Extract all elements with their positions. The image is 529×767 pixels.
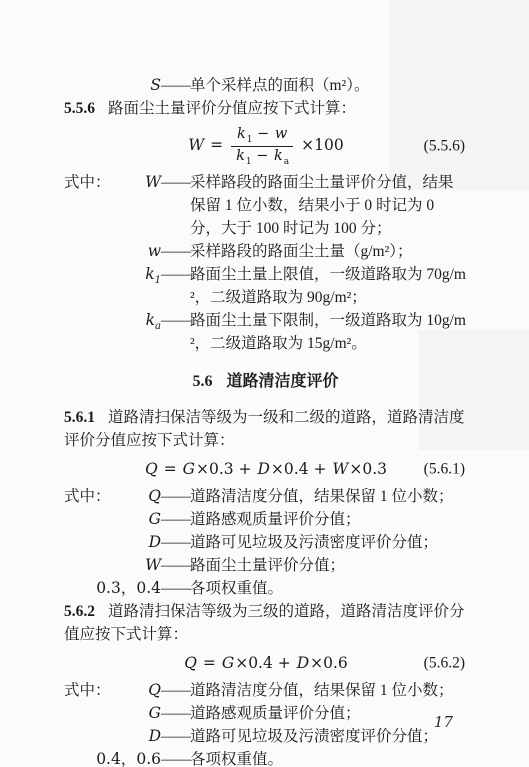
equation-number: (5.6.2) <box>424 652 465 675</box>
symbol-W: W <box>145 171 161 194</box>
definition-row: w —— 采样路段的路面尘土量（g/m²）； <box>64 240 467 263</box>
clause-5-5-6: 5.5.6路面尘土量评价分值应按下式计算： <box>64 97 467 120</box>
em-dash: —— <box>161 74 190 97</box>
clause-number: 5.5.6 <box>64 100 95 117</box>
where-list-5-6-2: 式中：Q —— 道路清洁度分值，结果保留 1 位小数； G —— 道路感观质量评… <box>64 679 467 767</box>
clause-5-6-2: 5.6.2道路清扫保洁等级为三级的道路，道路清洁度评价分值应按下式计算： <box>64 600 467 646</box>
definition-row: 式中：W —— 采样路段的路面尘土量评价分值，结果保留 1 位小数，结果小于 0… <box>64 171 467 240</box>
formula-5-6-1: Q = G×0.3 + D×0.4 + W×0.3 (5.6.1) <box>64 458 467 481</box>
definition-row: k1 —— 路面尘土量上限值，一级道路取为 70g/m²，二级道路取为 90g/… <box>64 263 467 309</box>
where-prefix: 式中： <box>64 485 111 508</box>
formula-5-6-2: Q = G×0.4 + D×0.6 (5.6.2) <box>64 652 467 675</box>
definition-text: 单个采样点的面积（m²）。 <box>190 74 467 97</box>
clause-5-6-1: 5.6.1道路清扫保洁等级为一级和二级的道路，道路清洁度评价分值应按下式计算： <box>64 406 467 452</box>
section-title: 道路清洁度评价 <box>226 373 338 390</box>
clause-number: 5.6.1 <box>64 409 95 426</box>
symbol-D: D <box>149 531 161 554</box>
definition-row: W —— 路面尘土量评价分值； <box>64 554 467 577</box>
symbol-ka: ka <box>146 309 161 332</box>
weights-values: 0.4，0.6 <box>96 748 161 767</box>
symbol-G: G <box>149 508 161 531</box>
where-prefix: 式中： <box>64 679 111 702</box>
times-sign: × <box>301 136 314 154</box>
section-heading-5-6: 5.6道路清洁度评价 <box>64 370 467 393</box>
definition-row: D —— 道路可见垃圾及污渍密度评价分值； <box>64 725 467 748</box>
clause-text: 道路清扫保洁等级为三级的道路，道路清洁度评价分值应按下式计算： <box>64 603 465 643</box>
where-list-5-5-6: 式中：W —— 采样路段的路面尘土量评价分值，结果保留 1 位小数，结果小于 0… <box>64 171 467 355</box>
weights-row: 0.4，0.6 —— 各项权重值。 <box>64 748 467 767</box>
definition-row: 式中：Q —— 道路清洁度分值，结果保留 1 位小数； <box>64 485 467 508</box>
formula-5-5-6: W = k1 − w k1 − ka ×100 (5.5.6) <box>64 126 467 167</box>
weights-row: 0.3，0.4 —— 各项权重值。 <box>64 577 467 600</box>
symbol-D: D <box>149 725 161 748</box>
definition-row: 式中：Q —— 道路清洁度分值，结果保留 1 位小数； <box>64 679 467 702</box>
where-prefix: 式中： <box>64 171 111 194</box>
clause-number: 5.6.2 <box>64 603 95 620</box>
fraction: k1 − w k1 − ka <box>231 126 293 167</box>
equation-number: (5.5.6) <box>424 135 465 158</box>
clause-text: 路面尘土量评价分值应按下式计算： <box>108 100 356 117</box>
definition-row: G —— 道路感观质量评价分值； <box>64 508 467 531</box>
symbol-w: w <box>148 240 161 263</box>
symbol-G: G <box>149 702 161 725</box>
equation-number: (5.6.1) <box>424 458 465 481</box>
factor-100: 100 <box>314 136 344 154</box>
section-number: 5.6 <box>192 373 212 390</box>
symbol-Q: Q <box>148 679 161 702</box>
definition-row: G —— 道路感观质量评价分值； <box>64 702 467 725</box>
symbol-S: S <box>150 74 161 97</box>
var-W: W <box>187 136 205 154</box>
document-page: S —— 单个采样点的面积（m²）。 5.5.6路面尘土量评价分值应按下式计算：… <box>64 74 467 767</box>
where-list-5-6-1: 式中：Q —— 道路清洁度分值，结果保留 1 位小数； G —— 道路感观质量评… <box>64 485 467 600</box>
definition-row-s: S —— 单个采样点的面积（m²）。 <box>64 74 467 97</box>
equals-sign: = <box>210 136 223 154</box>
definition-row: ka —— 路面尘土量下限制，一级道路取为 10g/m²，二级道路取为 15g/… <box>64 309 467 355</box>
page-number: 17 <box>434 713 453 731</box>
symbol-Q: Q <box>148 485 161 508</box>
symbol-W: W <box>145 554 161 577</box>
clause-text: 道路清扫保洁等级为一级和二级的道路，道路清洁度评价分值应按下式计算： <box>64 409 465 449</box>
definition-row: D —— 道路可见垃圾及污渍密度评价分值； <box>64 531 467 554</box>
weights-values: 0.3，0.4 <box>96 577 161 600</box>
symbol-k1: k1 <box>145 263 161 286</box>
